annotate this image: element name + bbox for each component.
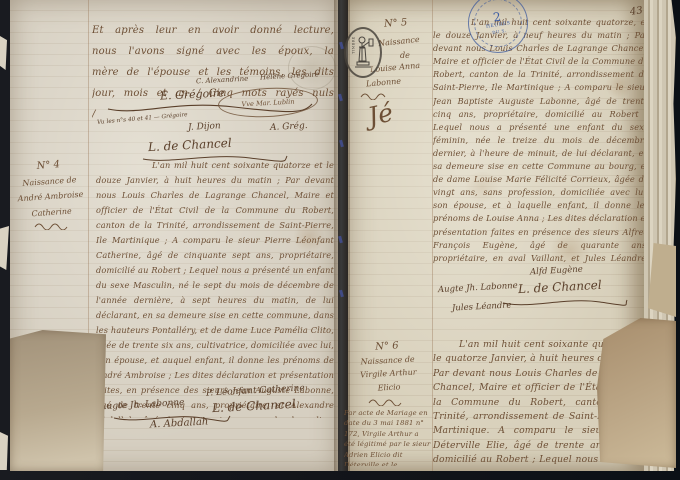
paper-stain xyxy=(462,172,502,202)
pen-flourish-icon xyxy=(500,295,630,309)
binding-gutter xyxy=(334,0,350,471)
stamp-text: DU S. xyxy=(492,28,507,35)
act4-body-text: L'an mil huit cent soixante quatorze et … xyxy=(96,158,334,418)
signature: Vve Mar. Lublin xyxy=(241,97,294,108)
registry-scan: Et après leur en avoir donné lecture, no… xyxy=(0,0,680,480)
torn-paper-sliver xyxy=(0,36,7,70)
torn-paper-sliver xyxy=(0,226,9,270)
paper-stain xyxy=(292,222,326,252)
act-type: de xyxy=(400,51,410,60)
torn-paper-patch xyxy=(10,330,106,471)
paper-stain xyxy=(604,72,634,98)
folio-number: 43 xyxy=(629,5,643,18)
torn-paper-sliver xyxy=(0,432,8,470)
act6-legitimation-note: Par acte de Mariage en date du 3 mai 188… xyxy=(344,408,432,466)
torn-paper-patch xyxy=(597,318,676,468)
stamp-number: 2 xyxy=(492,12,501,24)
act4-margin-note: N° 4 Naissance de André Ambroise Catheri… xyxy=(10,155,90,222)
signature: A. Grég. xyxy=(270,121,308,133)
flourish-squiggle-icon xyxy=(34,222,68,230)
act6-margin-note: N° 6 Naissance de Virgile Arthur Elicio xyxy=(343,338,434,397)
justice-figure-revenue-stamp-icon: TIMBRE xyxy=(344,27,382,78)
act-number: N° 5 xyxy=(384,17,408,30)
stamp-label: TIMBRE xyxy=(352,36,356,53)
flourish-squiggle-icon xyxy=(368,398,402,406)
paper-stain xyxy=(548,232,592,268)
stamp-text: HEURES xyxy=(486,21,511,31)
act5-body-text: L'an mil huit cent soixante quatorze, et… xyxy=(433,16,649,266)
signature: J. Dijon xyxy=(188,121,221,133)
